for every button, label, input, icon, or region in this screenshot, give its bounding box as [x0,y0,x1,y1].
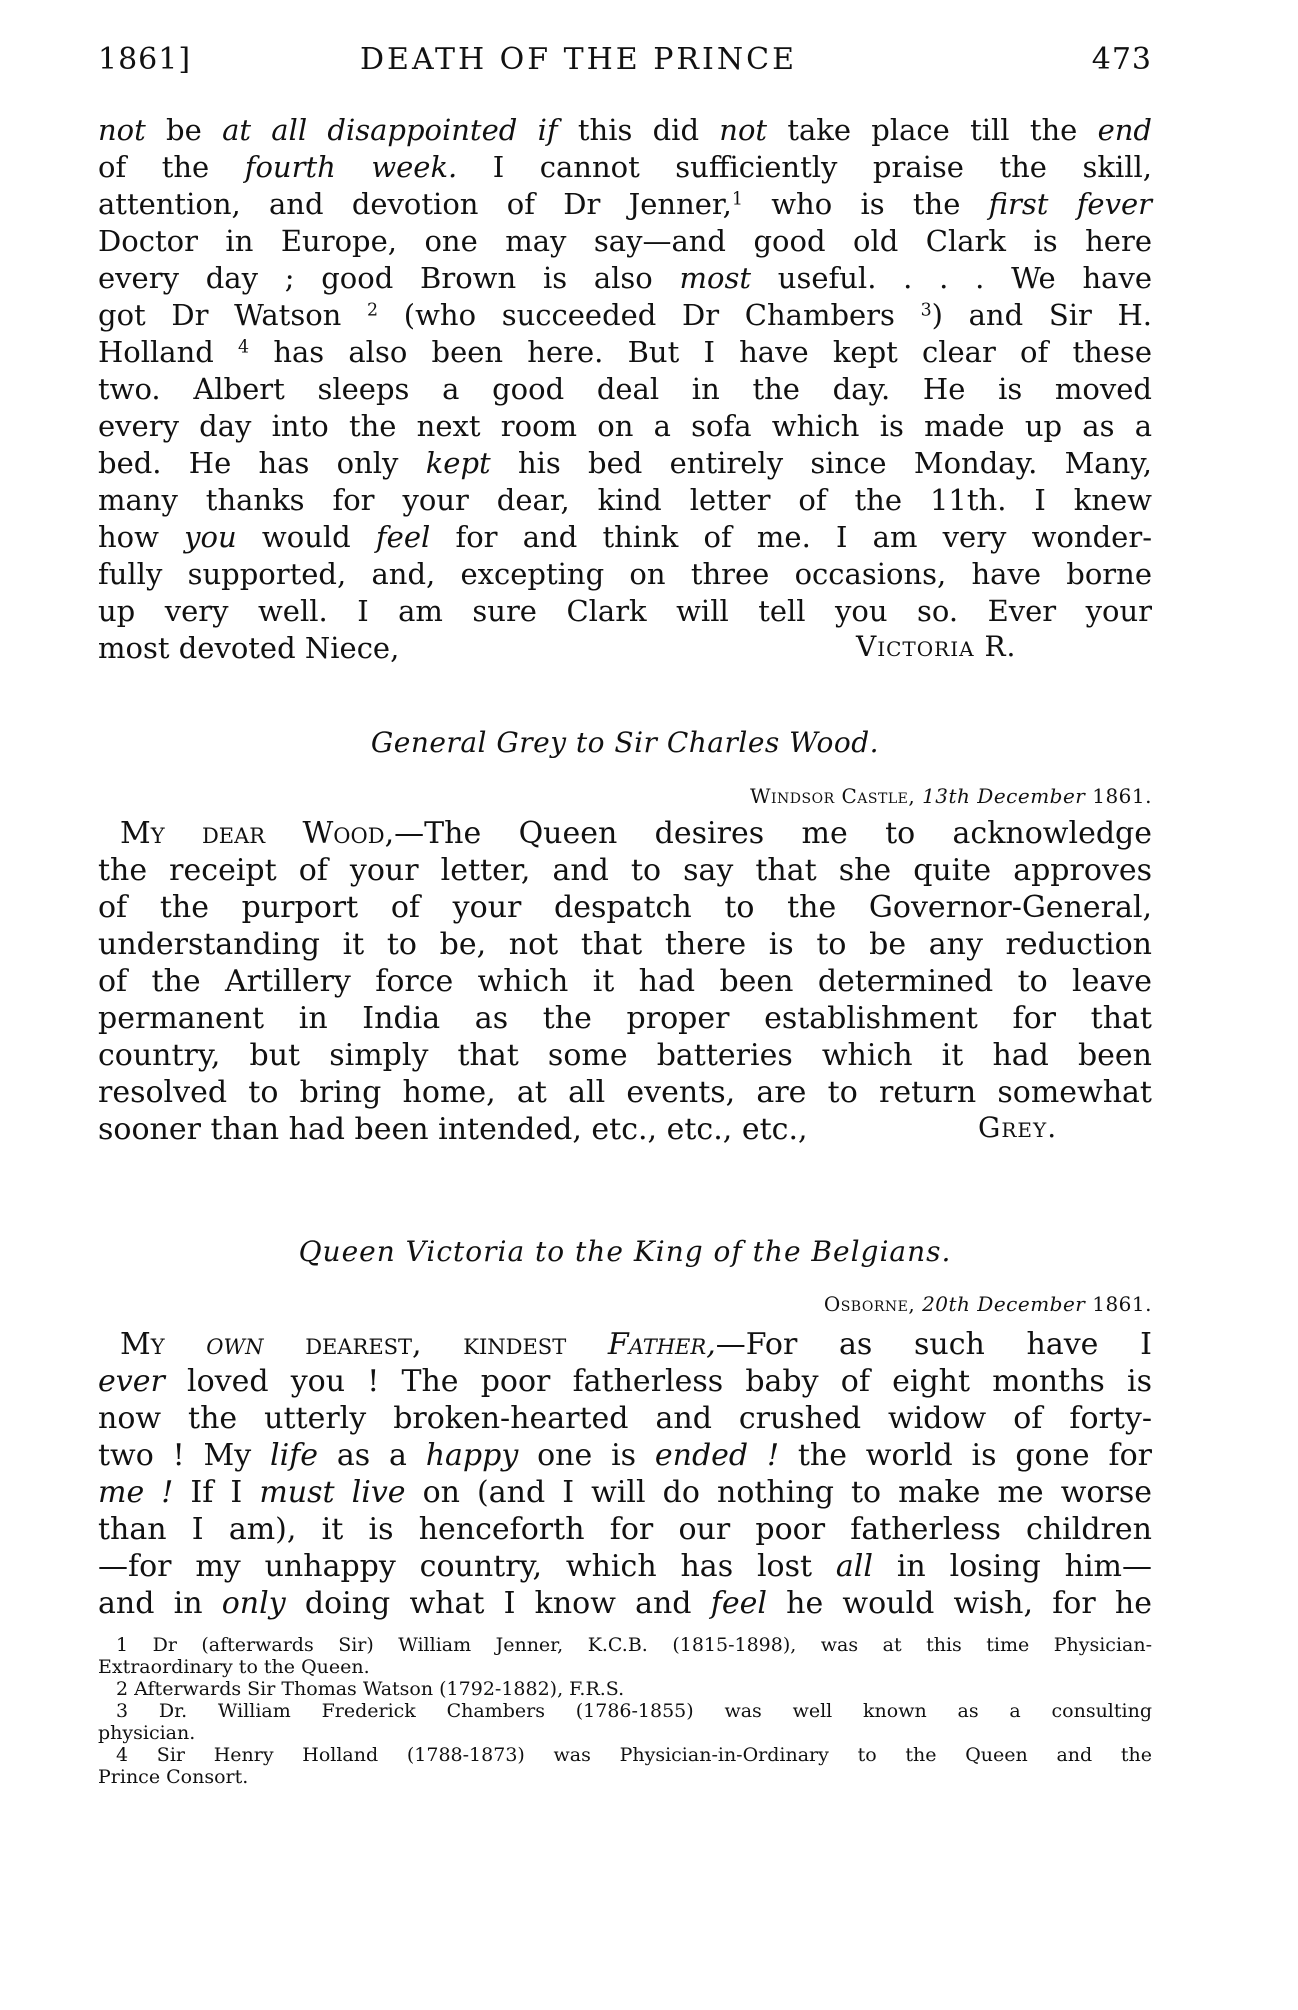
text-line: of the Artillery force which it had been… [98,963,1152,1000]
text-line: the receipt of your letter, and to say t… [98,852,1152,889]
dateline-place: Osborne, [824,1292,915,1316]
text-line: of the purport of your despatch to the G… [98,889,1152,926]
text-line: two ! My life as a happy one is ended ! … [98,1437,1152,1474]
text-line: country, but simply that some batteries … [98,1037,1152,1074]
first-line-text: —The Queen desires me to acknowledge [394,816,1152,851]
running-head-title: DEATH OF THE PRINCE [360,42,797,77]
first-line-text: —For as such have I [716,1327,1152,1362]
letter-first-line: My own dearest, kindest Father,—For as s… [98,1326,1152,1363]
footnote-1: 1 Dr (afterwards Sir) William Jenner, K.… [98,1634,1152,1656]
text-line: got Dr Watson 2 (who succeeded Dr Chambe… [98,297,1152,334]
footnote-number: 3 [116,1700,128,1722]
letter-signature-victoria: Victoria R. [856,630,1016,663]
text-line: me ! If I must live on (and I will do no… [98,1474,1152,1511]
footnote-1-continued: Extraordinary to the Queen. [98,1656,1152,1678]
letter-continuation-text: not be at all disappointed if this did n… [98,112,1152,630]
text-line: bed. He has only kept his bed entirely s… [98,445,1152,482]
text-line: two. Albert sleeps a good deal in the da… [98,371,1152,408]
footnotes: 1 Dr (afterwards Sir) William Jenner, K.… [98,1634,1152,1788]
text-line: resolved to bring home, at all events, a… [98,1074,1152,1111]
text-line: permanent in India as the proper establi… [98,1000,1152,1037]
salutation-my: My [120,1327,165,1362]
dateline-day: 20th [922,1292,970,1316]
letter-heading-victoria-to-king: Queen Victoria to the King of the Belgia… [98,1235,1152,1268]
footnote-4: 4 Sir Henry Holland (1788-1873) was Phys… [98,1744,1152,1766]
text-line: up very well. I am sure Clark will tell … [98,593,1152,630]
page-number: 473 [1092,42,1152,77]
running-head: 1861] DEATH OF THE PRINCE 473 [98,42,1152,82]
text-line: not be at all disappointed if this did n… [98,112,1152,149]
dateline-year: 1861. [1092,784,1152,808]
letter-body-grey: My dear Wood,—The Queen desires me to ac… [98,815,1152,1148]
text-line: of the fourth week. I cannot sufficientl… [98,149,1152,186]
salutation: My dear Wood, [120,816,394,851]
dateline-year: 1861. [1092,1292,1152,1316]
letter-body-victoria: My own dearest, kindest Father,—For as s… [98,1326,1152,1622]
text-line: understanding it to be, not that there i… [98,926,1152,963]
dateline-place: Windsor Castle, [750,784,915,808]
salutation-own: own [206,1327,263,1362]
text-line: many thanks for your dear, kind letter o… [98,482,1152,519]
text-line: than I am), it is henceforth for our poo… [98,1511,1152,1548]
footnote-4-continued: Prince Consort. [98,1766,1152,1788]
salutation-rest: dearest, kindest [305,1327,566,1362]
letter-signature-grey: Grey. [978,1111,1057,1144]
dateline-windsor: Windsor Castle, 13th December 1861. [750,784,1152,808]
text-line: fully supported, and, excepting on three… [98,556,1152,593]
letter-first-line: My dear Wood,—The Queen desires me to ac… [98,815,1152,852]
text-line: Doctor in Europe, one may say—and good o… [98,223,1152,260]
dateline-osborne: Osborne, 20th December 1861. [824,1292,1152,1316]
footnote-3-continued: physician. [98,1722,1152,1744]
text-line: Holland 4 has also been here. But I have… [98,334,1152,371]
text-line: now the utterly broken-hearted and crush… [98,1400,1152,1437]
text-line: ever loved you ! The poor fatherless bab… [98,1363,1152,1400]
text-line: —for my unhappy country, which has lost … [98,1548,1152,1585]
footnote-number: 1 [116,1634,128,1656]
text-line: every day into the next room on a sofa w… [98,408,1152,445]
dateline-day: 13th [922,784,970,808]
text-line: and in only doing what I know and feel h… [98,1585,1152,1622]
dateline-month: December [977,1292,1085,1316]
text-line: how you would feel for and think of me. … [98,519,1152,556]
letter-closing: most devoted Niece, [98,630,399,667]
text-line: every day ; good Brown is also most usef… [98,260,1152,297]
text-line: attention, and devotion of Dr Jenner,1 w… [98,186,1152,223]
footnote-2: 2 Afterwards Sir Thomas Watson (1792-188… [98,1678,1152,1700]
footnote-3: 3 Dr. William Frederick Chambers (1786-1… [98,1700,1152,1722]
letter-heading-grey-to-wood: General Grey to Sir Charles Wood. [98,726,1152,759]
footnote-number: 2 [116,1678,128,1700]
dateline-month: December [977,784,1085,808]
running-head-year: 1861] [98,42,191,77]
footnote-number: 4 [116,1744,128,1766]
salutation-father: Father, [608,1327,716,1362]
